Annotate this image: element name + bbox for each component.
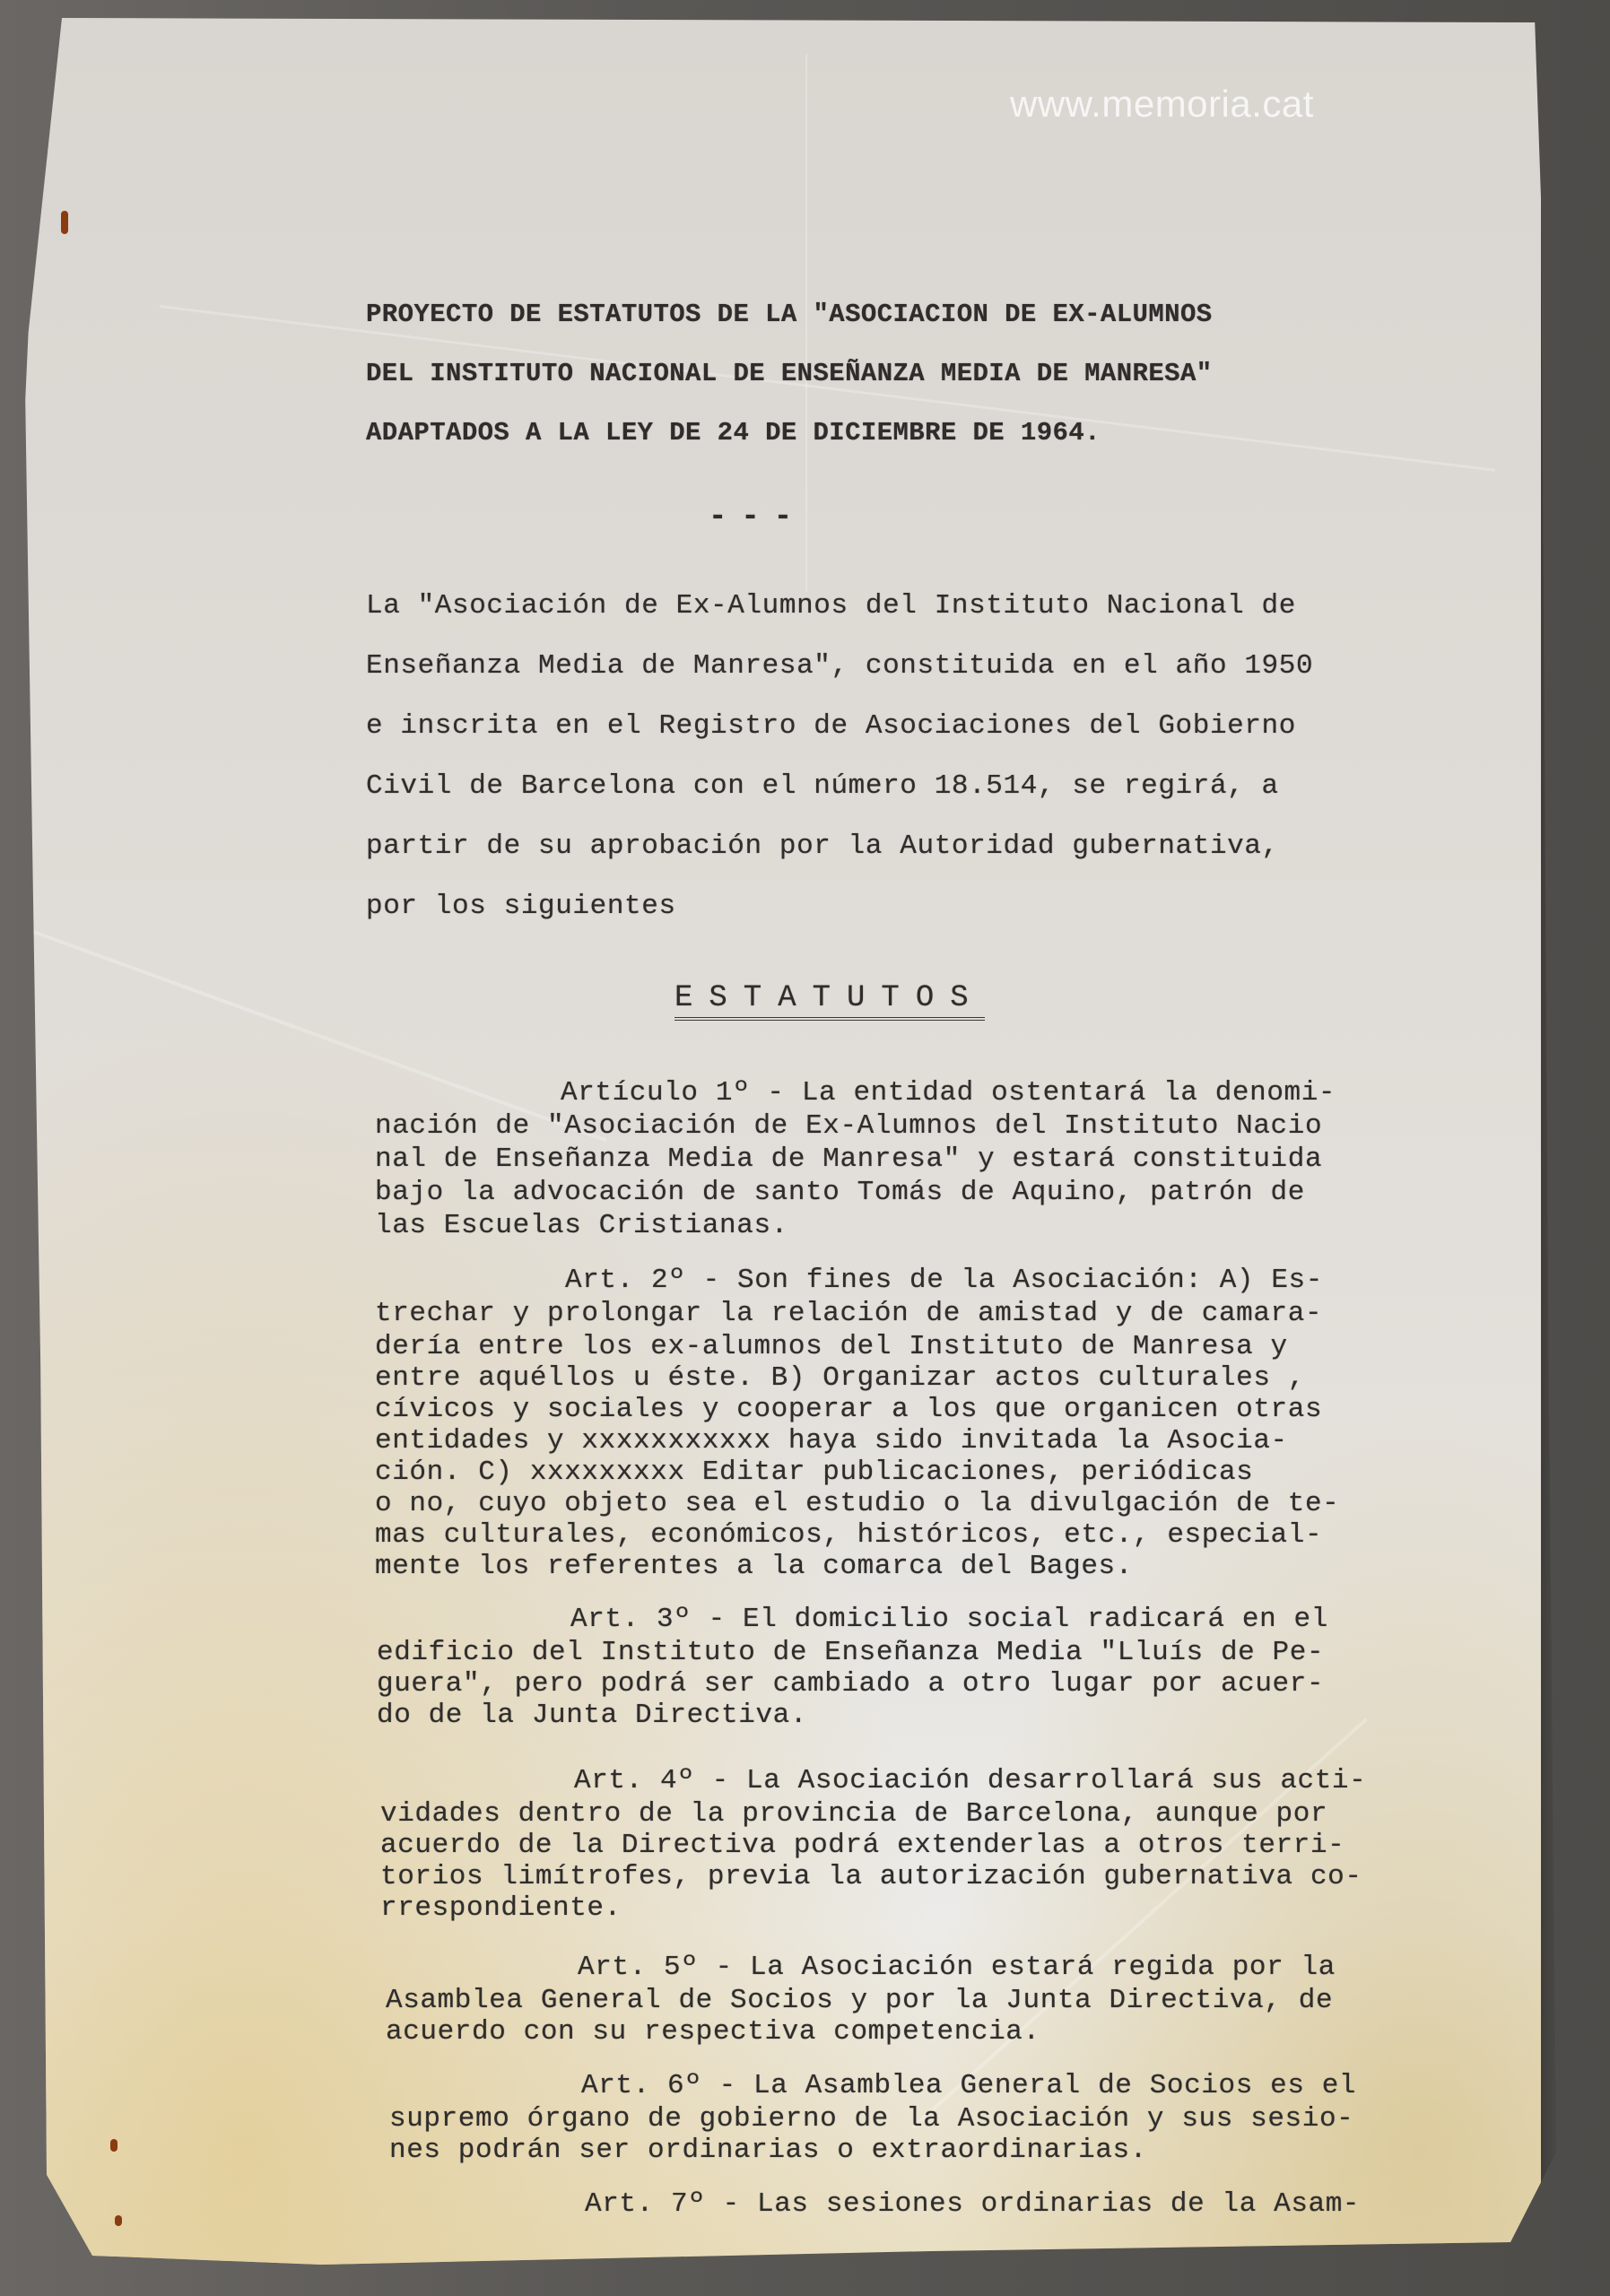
article-line: dería entre los ex-alumnos del Instituto… bbox=[375, 1333, 1288, 1361]
preamble-line-6: por los siguientes bbox=[366, 892, 676, 920]
article-line: acuerdo de la Directiva podrá extenderla… bbox=[380, 1831, 1345, 1859]
article-line: entre aquéllos u éste. B) Organizar acto… bbox=[375, 1364, 1305, 1392]
preamble-line-2: Enseñanza Media de Manresa", constituida… bbox=[366, 652, 1313, 680]
paper-fold bbox=[15, 924, 606, 1142]
article-line: Art. 4º - La Asociación desarrollará sus… bbox=[574, 1767, 1366, 1795]
article-line: edificio del Instituto de Enseñanza Medi… bbox=[377, 1639, 1324, 1666]
article-line: las Escuelas Cristianas. bbox=[375, 1212, 788, 1239]
rust-stain bbox=[115, 2215, 122, 2226]
preamble-line-1: La "Asociación de Ex-Alumnos del Institu… bbox=[366, 592, 1296, 620]
title-line-3: ADAPTADOS A LA LEY DE 24 DE DICIEMBRE DE… bbox=[366, 420, 1101, 446]
article-line: do de la Junta Directiva. bbox=[377, 1701, 807, 1729]
article-line: mente los referentes a la comarca del Ba… bbox=[375, 1552, 1133, 1580]
rust-stain bbox=[61, 211, 68, 234]
rust-stain bbox=[110, 2139, 117, 2152]
article-line: supremo órgano de gobierno de la Asociac… bbox=[389, 2105, 1353, 2133]
article-line: acuerdo con su respectiva competencia. bbox=[386, 2018, 1040, 2046]
article-line: Art. 5º - La Asociación estará regida po… bbox=[578, 1953, 1336, 1981]
article-line: trechar y prolongar la relación de amist… bbox=[375, 1300, 1322, 1327]
article-line: vidades dentro de la provincia de Barcel… bbox=[380, 1800, 1327, 1828]
article-line: cívicos y sociales y cooperar a los que … bbox=[375, 1396, 1322, 1423]
article-line: nación de "Asociación de Ex-Alumnos del … bbox=[375, 1112, 1322, 1140]
section-heading: ESTATUTOS bbox=[674, 983, 985, 1021]
article-line: Art. 3º - El domicilio social radicará e… bbox=[570, 1605, 1328, 1633]
article-line: nal de Enseñanza Media de Manresa" y est… bbox=[375, 1145, 1322, 1173]
preamble-line-5: partir de su aprobación por la Autoridad… bbox=[366, 832, 1279, 860]
article-line: Art. 6º - La Asamblea General de Socios … bbox=[581, 2072, 1356, 2100]
article-line: o no, cuyo objeto sea el estudio o la di… bbox=[375, 1490, 1339, 1518]
article-line: torios limítrofes, previa la autorizació… bbox=[380, 1863, 1362, 1891]
article-line: entidades y xxxxxxxxxxx haya sido invita… bbox=[375, 1427, 1288, 1455]
article-line: Art. 7º - Las sesiones ordinarias de la … bbox=[585, 2190, 1360, 2218]
watermark: www.memoria.cat bbox=[1010, 83, 1314, 126]
article-line: ción. C) xxxxxxxxx Editar publicaciones,… bbox=[375, 1458, 1253, 1486]
article-line: nes podrán ser ordinarias o extraordinar… bbox=[389, 2136, 1147, 2164]
preamble-line-3: e inscrita en el Registro de Asociacione… bbox=[366, 712, 1296, 740]
preamble-line-4: Civil de Barcelona con el número 18.514,… bbox=[366, 772, 1279, 800]
article-line: mas culturales, económicos, históricos, … bbox=[375, 1521, 1322, 1549]
separator: --- bbox=[709, 502, 806, 533]
article-line: guera", pero podrá ser cambiado a otro l… bbox=[377, 1670, 1324, 1698]
article-line: Asamblea General de Socios y por la Junt… bbox=[386, 1987, 1333, 2014]
article-7: Art. 7º - Las sesiones ordinarias de la … bbox=[0, 0, 34, 56]
article-line: Art. 2º - Son fines de la Asociación: A)… bbox=[565, 1266, 1323, 1294]
title-line-2: DEL INSTITUTO NACIONAL DE ENSEÑANZA MEDI… bbox=[366, 361, 1213, 387]
article-line: rrespondiente. bbox=[380, 1894, 622, 1922]
article-line: bajo la advocación de santo Tomás de Aqu… bbox=[375, 1178, 1305, 1206]
article-line: Artículo 1º - La entidad ostentará la de… bbox=[561, 1079, 1336, 1107]
title-line-1: PROYECTO DE ESTATUTOS DE LA "ASOCIACION … bbox=[366, 301, 1213, 327]
